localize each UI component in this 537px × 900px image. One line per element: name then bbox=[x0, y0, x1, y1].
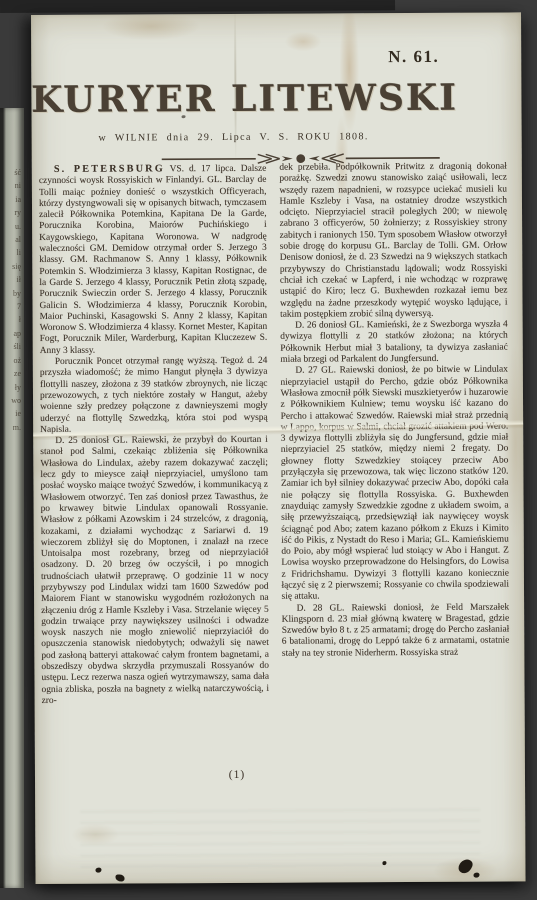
scanner-background-strip bbox=[0, 0, 395, 13]
ink-spot bbox=[382, 861, 386, 865]
ink-spot bbox=[116, 875, 125, 882]
article-paragraph: D. 25 doniosł GL. Raiewski, że przybył d… bbox=[40, 435, 269, 707]
ink-showthrough bbox=[80, 809, 480, 873]
issue-number: N. 61. bbox=[388, 47, 439, 67]
paragraph-text: VS. d. 17 lipca. Dalsze czynności woysk … bbox=[39, 164, 267, 356]
dateline-lead: S. PETERSBURG bbox=[54, 163, 165, 175]
masthead-title: KURYER LITEWSKI bbox=[31, 77, 435, 121]
article-body: S. PETERSBURG VS. d. 17 lipca. Dalsze cz… bbox=[39, 162, 510, 786]
dateline: w WILNIE dnia 29. Lipca V. S. ROKU 1808. bbox=[32, 131, 436, 144]
ink-spot bbox=[95, 868, 101, 873]
article-paragraph: S. PETERSBURG VS. d. 17 lipca. Dalsze cz… bbox=[39, 163, 268, 357]
page-number: (1) bbox=[35, 768, 439, 782]
article-paragraph: D. 27 GL. Raiewski doniosł, że po bitwie… bbox=[280, 365, 509, 603]
article-paragraph: dek przebiła. Podpółkownik Pritwitz z dr… bbox=[279, 162, 507, 321]
article-paragraph: D. 26 doniosł GL. Kamieński, że z Swezbo… bbox=[280, 320, 508, 366]
ink-spot bbox=[473, 873, 479, 878]
adjacent-page-text-fragments: ść ni ia ry u. al li się ił by 7 ł ap śl… bbox=[11, 166, 21, 434]
newspaper-page: N. 61. KURYER LITEWSKI w WILNIE dnia 29.… bbox=[31, 12, 526, 884]
ink-spot bbox=[456, 857, 474, 876]
right-column: dek przebiła. Podpółkownik Pritwitz z dr… bbox=[279, 162, 510, 785]
left-column: S. PETERSBURG VS. d. 17 lipca. Dalsze cz… bbox=[39, 163, 270, 786]
article-paragraph: Porucznik Poncet otrzymał rangę wyższą. … bbox=[40, 356, 268, 436]
article-paragraph: D. 28 GL. Raiewski doniosł, że Feld Mars… bbox=[282, 602, 510, 660]
adjacent-page-edge: ść ni ia ry u. al li się ił by 7 ł ap śl… bbox=[0, 108, 24, 888]
